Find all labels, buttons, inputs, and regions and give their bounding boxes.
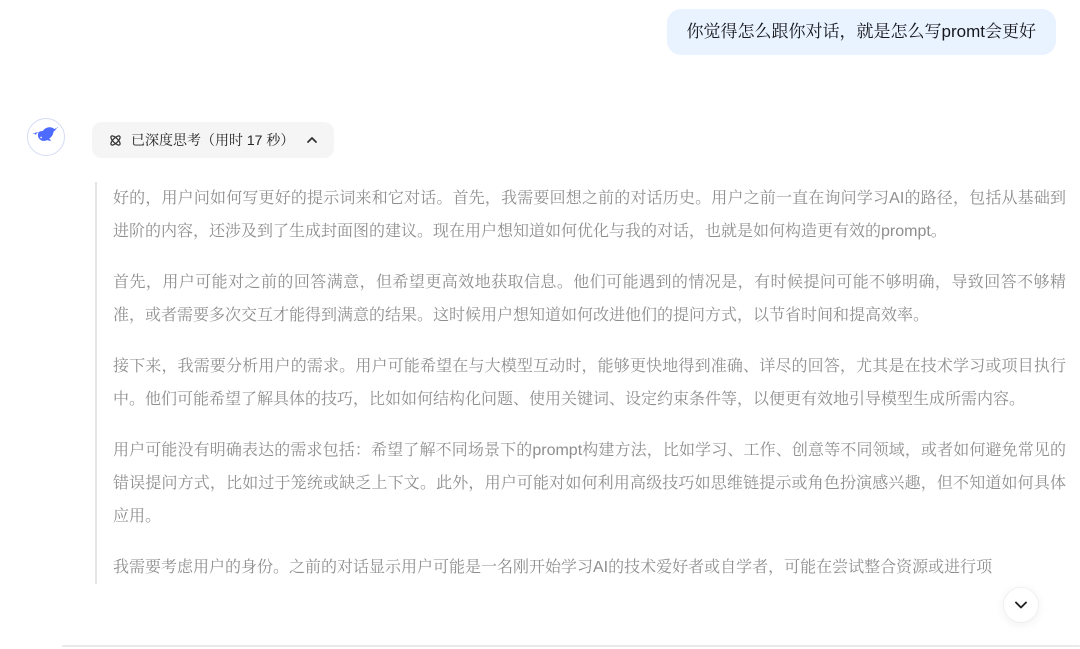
input-area-top-edge [62,645,1080,647]
thinking-content-block: 好的，用户问如何写更好的提示词来和它对话。首先，我需要回想之前的对话历史。用户之… [95,182,1066,584]
chat-viewport: 你觉得怎么跟你对话，就是怎么写promt会更好 已深度思考（用时 17 秒） 好… [0,0,1080,649]
deep-think-toggle-button[interactable]: 已深度思考（用时 17 秒） [92,122,334,158]
assistant-avatar [27,118,65,156]
chevron-down-icon [1013,597,1029,613]
thinking-paragraph: 首先，用户可能对之前的回答满意，但希望更高效地获取信息。他们可能遇到的情况是，有… [113,266,1066,332]
thinking-paragraph: 接下来，我需要分析用户的需求。用户可能希望在与大模型互动时，能够更快地得到准确、… [113,350,1066,416]
deepseek-whale-icon [33,127,59,147]
deep-think-label: 已深度思考（用时 17 秒） [131,130,294,150]
chevron-up-icon [302,134,318,146]
user-message-row: 你觉得怎么跟你对话，就是怎么写promt会更好 [667,9,1056,55]
thinking-paragraph: 好的，用户问如何写更好的提示词来和它对话。首先，我需要回想之前的对话历史。用户之… [113,182,1066,248]
scroll-to-bottom-button[interactable] [1003,587,1039,623]
thinking-paragraph: 用户可能没有明确表达的需求包括：希望了解不同场景下的prompt构建方法，比如学… [113,434,1066,533]
deepthink-atom-icon [108,133,123,148]
thinking-paragraph: 我需要考虑用户的身份。之前的对话显示用户可能是一名刚开始学习AI的技术爱好者或自… [113,551,1066,584]
user-message-bubble: 你觉得怎么跟你对话，就是怎么写promt会更好 [667,9,1056,55]
